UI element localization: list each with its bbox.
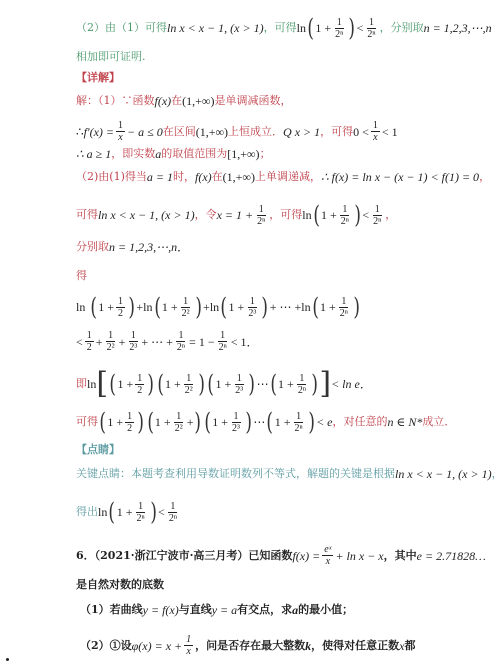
fraction: 1x bbox=[184, 634, 193, 657]
frac-den: 2² bbox=[173, 423, 185, 434]
frac-den: 2² bbox=[105, 342, 117, 353]
math-expr: < 1 bbox=[382, 125, 398, 139]
paren: ) bbox=[150, 500, 157, 524]
solution-line-4: （2)由(1)得当 a = 1 时， f(x) 在 (1,+∞) 上单调递减， … bbox=[76, 170, 490, 184]
frac-num: 1 bbox=[135, 373, 144, 385]
math-expr: 1 + bbox=[165, 377, 181, 391]
problem-text: （2）①设 bbox=[80, 639, 132, 653]
fraction: 12³ bbox=[230, 411, 242, 434]
paren: ) bbox=[311, 372, 318, 396]
hint-text: ，分别取 bbox=[380, 21, 424, 35]
frac-den: 2ⁿ bbox=[217, 342, 229, 353]
math-expr: (1,+∞) bbox=[182, 94, 214, 108]
math-expr: n ∈ N* bbox=[388, 415, 423, 429]
paren: ) bbox=[353, 295, 360, 319]
math-expr: 1 + bbox=[212, 415, 228, 429]
math-expr: (1,+∞) bbox=[223, 170, 255, 184]
math-expr: ln x < x − 1, (x > 1) bbox=[395, 467, 492, 481]
frac-num: 1 bbox=[297, 373, 306, 385]
frac-den: 2 bbox=[135, 385, 144, 396]
math-op: ⋯ bbox=[253, 415, 265, 429]
math-expr: 1 + bbox=[98, 300, 114, 314]
problem-text: 都 bbox=[404, 639, 415, 653]
problem-6-part-1: （1）若曲线 y = f(x) 与直线 y = a 有交点，求 a 的最小值； bbox=[80, 603, 353, 617]
math-expr: x = 1 + bbox=[217, 208, 254, 222]
paren: ( bbox=[154, 295, 161, 319]
math-expr: f(x) = bbox=[292, 549, 320, 563]
solution-text: ； bbox=[260, 147, 271, 161]
math-ln: ln bbox=[210, 300, 219, 314]
problem-text: ，使得对任意正数 bbox=[311, 639, 399, 653]
paren: ( bbox=[109, 372, 116, 396]
bracket: [ bbox=[96, 369, 108, 399]
paren: ) bbox=[195, 410, 202, 434]
math-expr: 0 < bbox=[353, 125, 369, 139]
fraction: 12 bbox=[116, 296, 125, 319]
fraction: 12ⁿ bbox=[371, 204, 383, 227]
math-op: < bbox=[357, 21, 364, 35]
fraction: 12 bbox=[125, 411, 134, 434]
solution-line-9: < 12 + 12² + 12³ + ⋯ + 12ⁿ = 1 − 12ⁿ < 1… bbox=[76, 330, 259, 353]
math-op: + ⋯ + bbox=[141, 335, 173, 349]
math-expr: e = 2.71828… bbox=[417, 549, 486, 563]
note-text: ， bbox=[492, 467, 499, 481]
frac-num: 1 bbox=[235, 373, 244, 385]
solution-line-5: 可得 ln x < x − 1, (x > 1) ，令 x = 1 + 12ⁿ … bbox=[76, 203, 396, 227]
frac-den: 2 bbox=[125, 423, 134, 434]
solution-text: 解：（1）∵函数 bbox=[76, 94, 155, 108]
frac-den: x bbox=[324, 556, 332, 567]
math-op: ． bbox=[360, 377, 372, 391]
solution-text: 可得 bbox=[76, 415, 98, 429]
math-op: < bbox=[76, 335, 83, 349]
fraction: 12ⁿ bbox=[365, 17, 377, 40]
math-expr: 1 + bbox=[320, 300, 336, 314]
frac-den: 2ⁿ bbox=[135, 513, 147, 524]
problem-text: 的最小值； bbox=[298, 603, 353, 617]
math-op: ⋯ bbox=[257, 377, 269, 391]
math-expr: 1 + bbox=[278, 377, 294, 391]
section-heading-detail: 【详解】 bbox=[76, 71, 120, 85]
math-op: = 1 − bbox=[189, 335, 215, 349]
paren: ( bbox=[99, 410, 106, 434]
problem-6-line-2: 是自然对数的底数 bbox=[76, 578, 164, 592]
frac-num: 1 bbox=[367, 17, 376, 29]
math-expr: n = 1,2,3,⋯,n bbox=[424, 21, 492, 35]
solution-text: 成立． bbox=[422, 415, 455, 429]
frac-den: 2³ bbox=[127, 342, 139, 353]
frac-den: 2ⁿ bbox=[338, 308, 350, 319]
math-expr: [1,+∞) bbox=[227, 147, 259, 161]
paren: ( bbox=[208, 372, 215, 396]
solution-line-6: 分别取 n = 1,2,3,⋯,n ． bbox=[76, 240, 189, 254]
paren: ( bbox=[307, 16, 314, 40]
math-ln: ln bbox=[76, 300, 85, 314]
frac-num: 1 bbox=[340, 204, 349, 216]
math-expr: 1 + bbox=[229, 300, 245, 314]
paren: ) bbox=[128, 295, 135, 319]
math-op: + bbox=[96, 335, 103, 349]
paren: ) bbox=[349, 16, 356, 40]
solution-text: 上恒成立． bbox=[228, 125, 283, 139]
solution-text: （2)由(1)得当 bbox=[76, 170, 147, 184]
problem-text: 有交点，求 bbox=[237, 603, 292, 617]
bullet-dot bbox=[6, 658, 9, 661]
math-op: + bbox=[187, 415, 194, 429]
solution-line-2: ∴ f′(x) = 1x − a ≤ 0 在区间 (1,+∞) 上恒成立． Q … bbox=[76, 120, 398, 143]
frac-num: 1 bbox=[116, 296, 125, 308]
frac-den: 2² bbox=[183, 385, 195, 396]
paren: ( bbox=[204, 410, 211, 434]
solution-line-8: ln (1 + 12) +ln (1 + 12²) +ln (1 + 12³) … bbox=[76, 295, 361, 319]
frac-num: 1 bbox=[373, 204, 382, 216]
math-op: < bbox=[362, 208, 369, 222]
note-line-1: 关键点睛：本题考查利用导数证明数列不等式，解题的关键是根据 ln x < x −… bbox=[76, 467, 499, 481]
math-op: + bbox=[203, 300, 210, 314]
frac-den: 2³ bbox=[230, 423, 242, 434]
math-expr: y = f(x) bbox=[143, 603, 179, 617]
solution-text: ，对任意的 bbox=[333, 415, 388, 429]
math-op: + bbox=[136, 300, 143, 314]
math-expr: − a ≤ 0 bbox=[127, 125, 163, 139]
frac-num: 1 bbox=[174, 411, 183, 423]
paren: ( bbox=[270, 372, 277, 396]
math-expr: < e bbox=[316, 415, 332, 429]
frac-num: 1 bbox=[136, 501, 145, 513]
frac-den: 2ⁿ bbox=[371, 216, 383, 227]
note-text: 得出 bbox=[76, 505, 98, 519]
frac-num: 1 bbox=[168, 501, 177, 513]
solution-text: ， bbox=[385, 208, 396, 222]
paren: ( bbox=[313, 203, 320, 227]
frac-den: 2³ bbox=[246, 308, 258, 319]
frac-den: x bbox=[371, 132, 379, 143]
frac-den: 2ⁿ bbox=[339, 216, 351, 227]
note-text: 关键点睛：本题考查利用导数证明数列不等式，解题的关键是根据 bbox=[76, 467, 395, 481]
math-expr: ∴ f(x) = ln x − (x − 1) < f(1) = 0 bbox=[321, 170, 479, 184]
paren: ) bbox=[245, 410, 252, 434]
math-expr: 1 + bbox=[117, 377, 133, 391]
math-op: < 1 bbox=[231, 335, 247, 349]
math-expr: 1 + bbox=[107, 415, 123, 429]
math-expr: < ln e bbox=[331, 377, 360, 391]
solution-line-10: 即 ln [ (1 + 12) (1 + 12²) (1 + 12³) ⋯ (1… bbox=[76, 369, 372, 399]
fraction: 12ⁿ bbox=[339, 204, 351, 227]
frac-num: 1 bbox=[106, 330, 115, 342]
solution-text: 在 bbox=[171, 94, 182, 108]
note-line-2: 得出 ln (1 + 12ⁿ) < 12ⁿ bbox=[76, 500, 181, 524]
fraction: 12³ bbox=[127, 330, 139, 353]
math-op: + bbox=[119, 335, 126, 349]
paren: ( bbox=[267, 410, 274, 434]
math-expr: a = 1 bbox=[147, 170, 173, 184]
frac-num: 1 bbox=[129, 330, 138, 342]
hint-line-2: 相加即可证明. bbox=[76, 50, 146, 64]
frac-den: 2ⁿ bbox=[255, 216, 267, 227]
solution-text: 即 bbox=[76, 377, 87, 391]
frac-num: 1 bbox=[294, 411, 303, 423]
fraction: 12ⁿ bbox=[255, 204, 267, 227]
paren: ( bbox=[109, 500, 116, 524]
frac-num: 1 bbox=[125, 411, 134, 423]
solution-text: ， bbox=[479, 170, 490, 184]
math-expr: (1,+∞) bbox=[196, 125, 228, 139]
math-expr: 1 + bbox=[216, 377, 232, 391]
frac-num: 1 bbox=[184, 373, 193, 385]
math-ln: ln bbox=[301, 300, 310, 314]
fraction: 12ⁿ bbox=[333, 17, 345, 40]
math-expr: + ln x − x bbox=[335, 549, 383, 563]
math-op: ∴ bbox=[76, 125, 84, 139]
math-op: < bbox=[158, 505, 165, 519]
solution-text: 的取值范围为 bbox=[161, 147, 227, 161]
frac-num: 1 bbox=[116, 120, 125, 132]
solution-text: 是单调减函数， bbox=[214, 94, 291, 108]
math-expr: 1 + bbox=[321, 208, 337, 222]
section-heading-note: 【点睛】 bbox=[76, 443, 120, 457]
fraction: eˣx bbox=[322, 544, 333, 567]
paren: ) bbox=[148, 372, 155, 396]
math-expr: Q x > 1 bbox=[283, 125, 320, 139]
fraction: 12² bbox=[183, 373, 195, 396]
frac-den: 2ⁿ bbox=[296, 385, 308, 396]
frac-num: 1 bbox=[218, 330, 227, 342]
frac-num: 1 bbox=[176, 330, 185, 342]
fraction: 12 bbox=[85, 330, 94, 353]
solution-text: 在区间 bbox=[163, 125, 196, 139]
solution-line-3: ∴ a ≥ 1 ，即实数 a 的取值范围为 [1,+∞) ； bbox=[76, 147, 271, 161]
bracket: ] bbox=[319, 369, 331, 399]
paren: ) bbox=[195, 295, 202, 319]
paren: ( bbox=[147, 410, 154, 434]
solution-text: 时， bbox=[173, 170, 195, 184]
solution-text: 可得 bbox=[76, 208, 98, 222]
frac-den: 2ⁿ bbox=[365, 29, 377, 40]
frac-num: 1 bbox=[371, 120, 380, 132]
math-expr: f(x) bbox=[155, 94, 172, 108]
paren: ( bbox=[157, 372, 164, 396]
frac-num: 1 bbox=[232, 411, 241, 423]
paren: ) bbox=[198, 372, 205, 396]
math-expr: n = 1,2,3,⋯,n bbox=[109, 240, 177, 254]
math-expr: 1 + bbox=[117, 505, 133, 519]
math-expr: ∴ a ≥ 1 bbox=[76, 147, 111, 161]
frac-den: 2ⁿ bbox=[167, 513, 179, 524]
problem-text: 6．（2021·浙江宁波市·高三月考）已知函数 bbox=[76, 549, 292, 563]
fraction: 12 bbox=[135, 373, 144, 396]
frac-num: eˣ bbox=[322, 544, 333, 556]
solution-line-7: 得 bbox=[76, 269, 87, 283]
hint-text: （2）由（1）可得 bbox=[76, 21, 167, 35]
fraction: 12³ bbox=[246, 296, 258, 319]
math-expr: ln x < x − 1, (x > 1) bbox=[167, 21, 264, 35]
frac-num: 1 bbox=[184, 634, 193, 646]
solution-text: 上单调递减， bbox=[255, 170, 321, 184]
math-ln: ln bbox=[98, 505, 107, 519]
math-expr: ln x < x − 1, (x > 1) bbox=[98, 208, 195, 222]
fraction: 12ⁿ bbox=[338, 296, 350, 319]
problem-6-part-2: （2）①设 φ(x) = x + 1x ，问是否存在最大整数 k ，使得对任意正… bbox=[80, 634, 415, 657]
math-expr: 1 + bbox=[275, 415, 291, 429]
solution-line-1: 解：（1）∵函数 f(x) 在 (1,+∞) 是单调减函数， bbox=[76, 94, 291, 108]
frac-num: 1 bbox=[248, 296, 257, 308]
paren: ( bbox=[312, 295, 319, 319]
fraction: 12ⁿ bbox=[293, 411, 305, 434]
math-expr: 1 + bbox=[155, 415, 171, 429]
problem-text: （1）若曲线 bbox=[80, 603, 143, 617]
math-op: ． bbox=[177, 240, 189, 254]
hint-text: ，可得 bbox=[264, 21, 297, 35]
frac-num: 1 bbox=[335, 17, 344, 29]
fraction: 12² bbox=[173, 411, 185, 434]
math-expr: y = a bbox=[212, 603, 237, 617]
solution-text: 在 bbox=[212, 170, 223, 184]
math-ln: ln bbox=[302, 208, 311, 222]
problem-text: ，其中 bbox=[384, 549, 417, 563]
math-expr: 1 + bbox=[162, 300, 178, 314]
fraction: 1x bbox=[116, 120, 125, 143]
frac-den: 2ⁿ bbox=[333, 29, 345, 40]
frac-den: x bbox=[116, 132, 124, 143]
paren: ) bbox=[308, 410, 315, 434]
frac-den: 2 bbox=[116, 308, 125, 319]
math-op: ． bbox=[247, 335, 259, 349]
frac-num: 1 bbox=[257, 204, 266, 216]
solution-text: ，可得 bbox=[269, 208, 302, 222]
frac-num: 1 bbox=[85, 330, 94, 342]
solution-line-11: 可得 (1 + 12) (1 + 12²+) (1 + 12³) ⋯ (1 + … bbox=[76, 410, 455, 434]
hint-line-1: （2）由（1）可得 ln x < x − 1, (x > 1) ，可得 ln (… bbox=[76, 16, 492, 40]
paren: ) bbox=[262, 295, 269, 319]
fraction: 12² bbox=[180, 296, 192, 319]
fraction: 1x bbox=[371, 120, 380, 143]
math-ln: ln bbox=[143, 300, 152, 314]
fraction: 12ⁿ bbox=[135, 501, 147, 524]
paren: ( bbox=[90, 295, 97, 319]
math-expr: f(x) bbox=[195, 170, 212, 184]
paren: ) bbox=[138, 410, 145, 434]
solution-text: ，可得 bbox=[320, 125, 353, 139]
math-expr: φ(x) = x + bbox=[132, 639, 182, 653]
math-expr: 1 + bbox=[315, 21, 331, 35]
problem-text: ，问是否存在最大整数 bbox=[195, 639, 305, 653]
solution-text: ，令 bbox=[195, 208, 217, 222]
fraction: 12ⁿ bbox=[217, 330, 229, 353]
problem-6-title: 6．（2021·浙江宁波市·高三月考）已知函数 f(x) = eˣx + ln … bbox=[76, 544, 486, 567]
frac-num: 1 bbox=[339, 296, 348, 308]
fraction: 12ⁿ bbox=[175, 330, 187, 353]
frac-den: 2ⁿ bbox=[293, 423, 305, 434]
paren: ) bbox=[354, 203, 361, 227]
solution-text: 分别取 bbox=[76, 240, 109, 254]
problem-text: 与直线 bbox=[179, 603, 212, 617]
math-ln: ln bbox=[87, 377, 96, 391]
frac-den: x bbox=[184, 646, 192, 657]
frac-den: 2ⁿ bbox=[175, 342, 187, 353]
frac-den: 2 bbox=[85, 342, 94, 353]
paren: ( bbox=[221, 295, 228, 319]
math-op: + ⋯ + bbox=[270, 300, 302, 314]
frac-den: 2³ bbox=[233, 385, 245, 396]
math-expr: f′(x) = bbox=[84, 125, 114, 139]
fraction: 12³ bbox=[233, 373, 245, 396]
math-ln: ln bbox=[297, 21, 306, 35]
paren: ) bbox=[249, 372, 256, 396]
solution-text: ，即实数 bbox=[111, 147, 155, 161]
frac-den: 2² bbox=[180, 308, 192, 319]
fraction: 12ⁿ bbox=[167, 501, 179, 524]
frac-num: 1 bbox=[181, 296, 190, 308]
fraction: 12ⁿ bbox=[296, 373, 308, 396]
fraction: 12² bbox=[105, 330, 117, 353]
